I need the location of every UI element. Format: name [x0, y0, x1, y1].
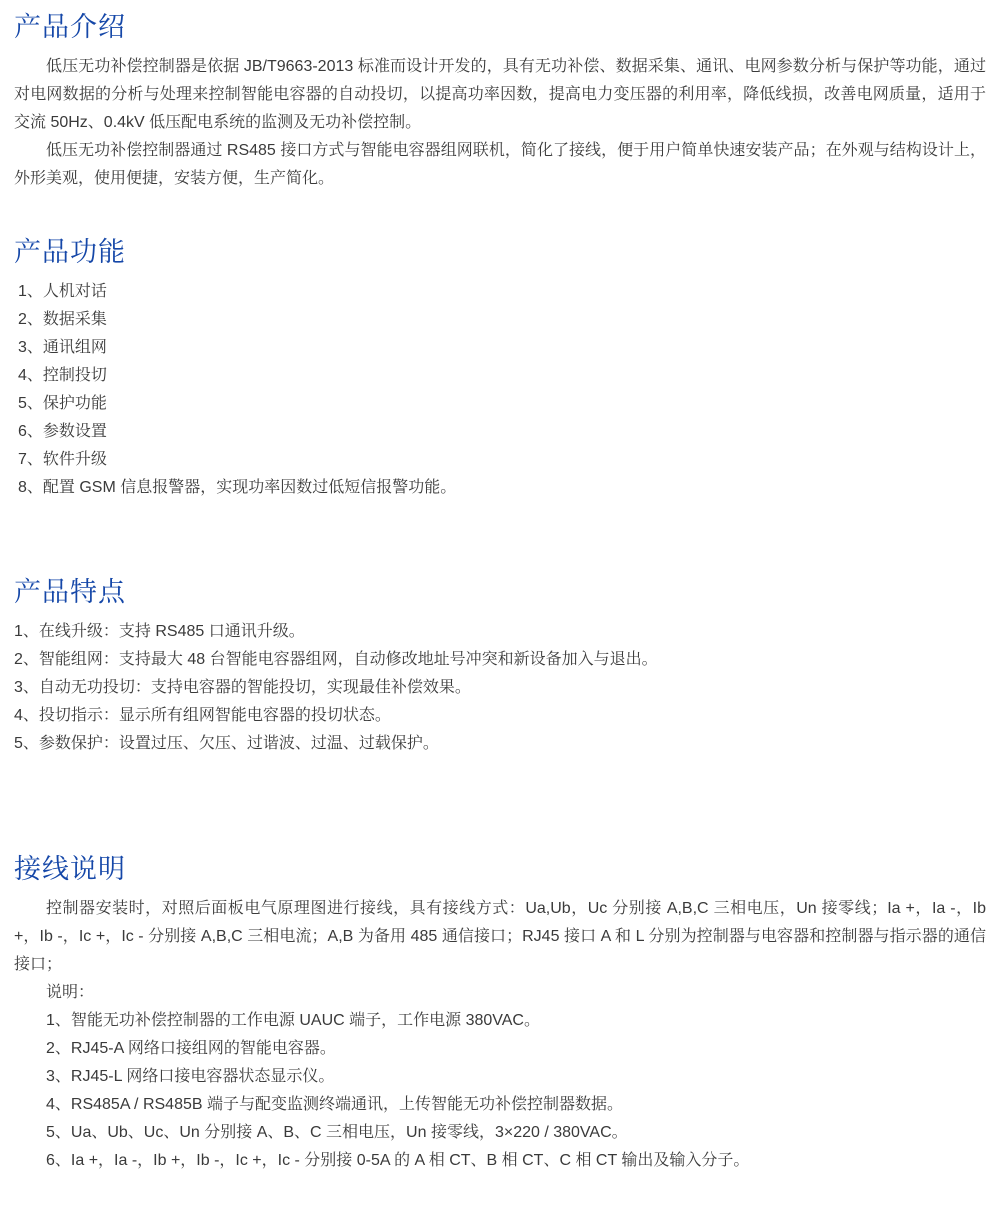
wiring-note-item: 2、RJ45-A 网络口接组网的智能电容器。 — [14, 1035, 986, 1063]
intro-paragraph-2: 低压无功补偿控制器通过 RS485 接口方式与智能电容器组网联机，简化了接线，便… — [14, 137, 986, 193]
product-detail-page: 产品介绍 低压无功补偿控制器是依据 JB/T9663-2013 标准而设计开发的… — [0, 0, 1000, 1210]
section-heading-product-features: 产品特点 — [14, 575, 986, 609]
wiring-intro-paragraph: 控制器安装时，对照后面板电气原理图进行接线，具有接线方式：Ua,Ub，Uc 分别… — [14, 895, 986, 979]
feature-item: 1、在线升级：支持 RS485 口通讯升级。 — [14, 618, 986, 646]
section-heading-wiring-instructions: 接线说明 — [14, 852, 986, 886]
section-wiring-instructions: 接线说明 控制器安装时，对照后面板电气原理图进行接线，具有接线方式：Ua,Ub，… — [14, 852, 986, 1175]
function-item: 1、人机对话 — [14, 278, 986, 306]
function-item: 2、数据采集 — [14, 306, 986, 334]
product-intro-body: 低压无功补偿控制器是依据 JB/T9663-2013 标准而设计开发的，具有无功… — [14, 53, 986, 193]
wiring-instructions-body: 控制器安装时，对照后面板电气原理图进行接线，具有接线方式：Ua,Ub，Uc 分别… — [14, 895, 986, 1175]
intro-paragraph-1: 低压无功补偿控制器是依据 JB/T9663-2013 标准而设计开发的，具有无功… — [14, 53, 986, 137]
section-product-intro: 产品介绍 低压无功补偿控制器是依据 JB/T9663-2013 标准而设计开发的… — [14, 10, 986, 193]
product-features-list: 1、在线升级：支持 RS485 口通讯升级。 2、智能组网：支持最大 48 台智… — [14, 618, 986, 758]
function-item: 4、控制投切 — [14, 362, 986, 390]
section-heading-product-intro: 产品介绍 — [14, 10, 986, 44]
feature-item: 3、自动无功投切：支持电容器的智能投切，实现最佳补偿效果。 — [14, 674, 986, 702]
wiring-note-item: 6、Ia +，Ia -，Ib +，Ib -，Ic +，Ic - 分别接 0-5A… — [14, 1147, 986, 1175]
feature-item: 4、投切指示：显示所有组网智能电容器的投切状态。 — [14, 702, 986, 730]
function-item: 7、软件升级 — [14, 446, 986, 474]
function-item: 3、通讯组网 — [14, 334, 986, 362]
function-item: 6、参数设置 — [14, 418, 986, 446]
product-functions-list: 1、人机对话 2、数据采集 3、通讯组网 4、控制投切 5、保护功能 6、参数设… — [14, 278, 986, 502]
section-product-functions: 产品功能 1、人机对话 2、数据采集 3、通讯组网 4、控制投切 5、保护功能 … — [14, 235, 986, 502]
wiring-note-item: 3、RJ45-L 网络口接电容器状态显示仪。 — [14, 1063, 986, 1091]
section-product-features: 产品特点 1、在线升级：支持 RS485 口通讯升级。 2、智能组网：支持最大 … — [14, 575, 986, 758]
function-item: 8、配置 GSM 信息报警器，实现功率因数过低短信报警功能。 — [14, 474, 986, 502]
wiring-note-item: 4、RS485A / RS485B 端子与配变监测终端通讯，上传智能无功补偿控制… — [14, 1091, 986, 1119]
wiring-note-item: 5、Ua、Ub、Uc、Un 分别接 A、B、C 三相电压，Un 接零线，3×22… — [14, 1119, 986, 1147]
section-heading-product-functions: 产品功能 — [14, 235, 986, 269]
feature-item: 2、智能组网：支持最大 48 台智能电容器组网，自动修改地址号冲突和新设备加入与… — [14, 646, 986, 674]
wiring-note-item: 1、智能无功补偿控制器的工作电源 UAUC 端子，工作电源 380VAC。 — [14, 1007, 986, 1035]
wiring-note-label: 说明： — [14, 979, 986, 1007]
feature-item: 5、参数保护：设置过压、欠压、过谐波、过温、过载保护。 — [14, 730, 986, 758]
function-item: 5、保护功能 — [14, 390, 986, 418]
